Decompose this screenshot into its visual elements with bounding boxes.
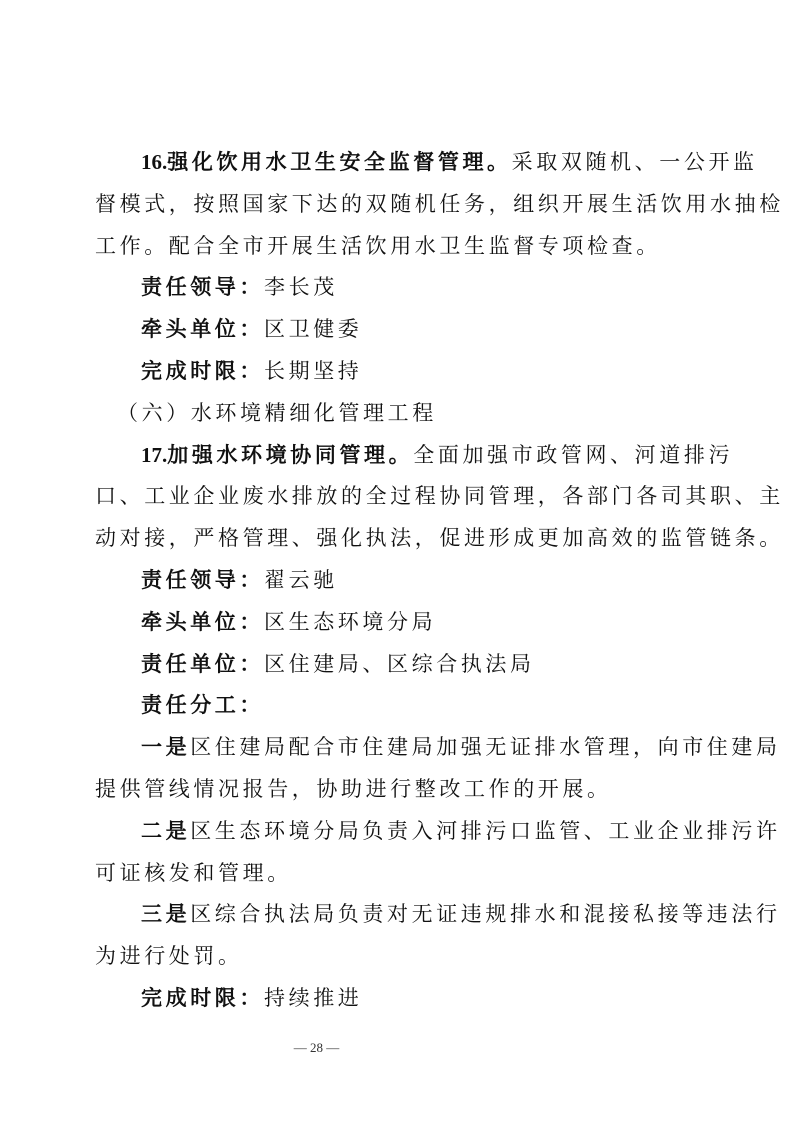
- lead-unit-value: 区生态环境分局: [264, 610, 436, 634]
- item-17-title: 加强水环境协同管理。: [167, 443, 413, 467]
- division-3-line-2: 为进行处罚。: [95, 936, 698, 978]
- page-number: — 28 —: [0, 1040, 633, 1056]
- item-17-heading-line: 17.加强水环境协同管理。全面加强市政管网、河道排污: [95, 435, 698, 477]
- item-16-body-line-3: 工作。配合全市开展生活饮用水卫生监督专项检查。: [95, 226, 698, 268]
- lead-unit-value: 区卫健委: [264, 317, 362, 341]
- document-page: 16.强化饮用水卫生安全监督管理。采取双随机、一公开监 督模式，按照国家下达的双…: [95, 142, 698, 1020]
- division-label: 责任分工：: [141, 693, 264, 717]
- item-16-heading-line: 16.强化饮用水卫生安全监督管理。采取双随机、一公开监: [95, 142, 698, 184]
- item-16-deadline-row: 完成时限：长期坚持: [95, 351, 698, 393]
- division-3-text-1: 区综合执法局负责对无证违规排水和混接私接等违法行: [190, 902, 780, 926]
- item-17-division-row: 责任分工：: [95, 685, 698, 727]
- division-1-line-2: 提供管线情况报告，协助进行整改工作的开展。: [95, 769, 698, 811]
- item-17-lead-unit-row: 牵头单位：区生态环境分局: [95, 602, 698, 644]
- item-17-body-line-3: 动对接，严格管理、强化执法，促进形成更加高效的监管链条。: [95, 518, 698, 560]
- division-1-text-1: 区住建局配合市住建局加强无证排水管理，向市住建局: [190, 735, 780, 759]
- item-16-leader-row: 责任领导：李长茂: [95, 267, 698, 309]
- leader-label: 责任领导：: [141, 568, 264, 592]
- deadline-label: 完成时限：: [141, 986, 264, 1010]
- division-2-text-1: 区生态环境分局负责入河排污口监管、工业企业排污许: [190, 819, 780, 843]
- lead-unit-label: 牵头单位：: [141, 610, 264, 634]
- item-17-number: 17.: [141, 443, 167, 467]
- item-17-body-line-1: 全面加强市政管网、河道排污: [413, 443, 733, 467]
- item-16-number: 16.: [141, 150, 167, 174]
- resp-unit-value: 区住建局、区综合执法局: [264, 652, 535, 676]
- division-1-prefix: 一是: [141, 735, 190, 759]
- item-17-body-line-2: 口、工业企业废水排放的全过程协同管理，各部门各司其职、主: [95, 476, 698, 518]
- item-17-resp-unit-row: 责任单位：区住建局、区综合执法局: [95, 644, 698, 686]
- division-2-prefix: 二是: [141, 819, 190, 843]
- item-16-body-line-2: 督模式，按照国家下达的双随机任务，组织开展生活饮用水抽检: [95, 184, 698, 226]
- division-1-line-1: 一是区住建局配合市住建局加强无证排水管理，向市住建局: [95, 727, 698, 769]
- item-16-lead-unit-row: 牵头单位：区卫健委: [95, 309, 698, 351]
- item-16-title: 强化饮用水卫生安全监督管理。: [167, 150, 511, 174]
- deadline-value: 长期坚持: [264, 359, 362, 383]
- leader-value: 翟云驰: [264, 568, 338, 592]
- item-16-body-line-1: 采取双随机、一公开监: [512, 150, 758, 174]
- section-6-heading: （六）水环境精细化管理工程: [95, 393, 698, 435]
- division-2-line-2: 可证核发和管理。: [95, 853, 698, 895]
- deadline-value: 持续推进: [264, 986, 362, 1010]
- leader-label: 责任领导：: [141, 275, 264, 299]
- resp-unit-label: 责任单位：: [141, 652, 264, 676]
- division-2-line-1: 二是区生态环境分局负责入河排污口监管、工业企业排污许: [95, 811, 698, 853]
- item-17-leader-row: 责任领导：翟云驰: [95, 560, 698, 602]
- deadline-label: 完成时限：: [141, 359, 264, 383]
- leader-value: 李长茂: [264, 275, 338, 299]
- item-17-deadline-row: 完成时限：持续推进: [95, 978, 698, 1020]
- division-3-line-1: 三是区综合执法局负责对无证违规排水和混接私接等违法行: [95, 894, 698, 936]
- division-3-prefix: 三是: [141, 902, 190, 926]
- lead-unit-label: 牵头单位：: [141, 317, 264, 341]
